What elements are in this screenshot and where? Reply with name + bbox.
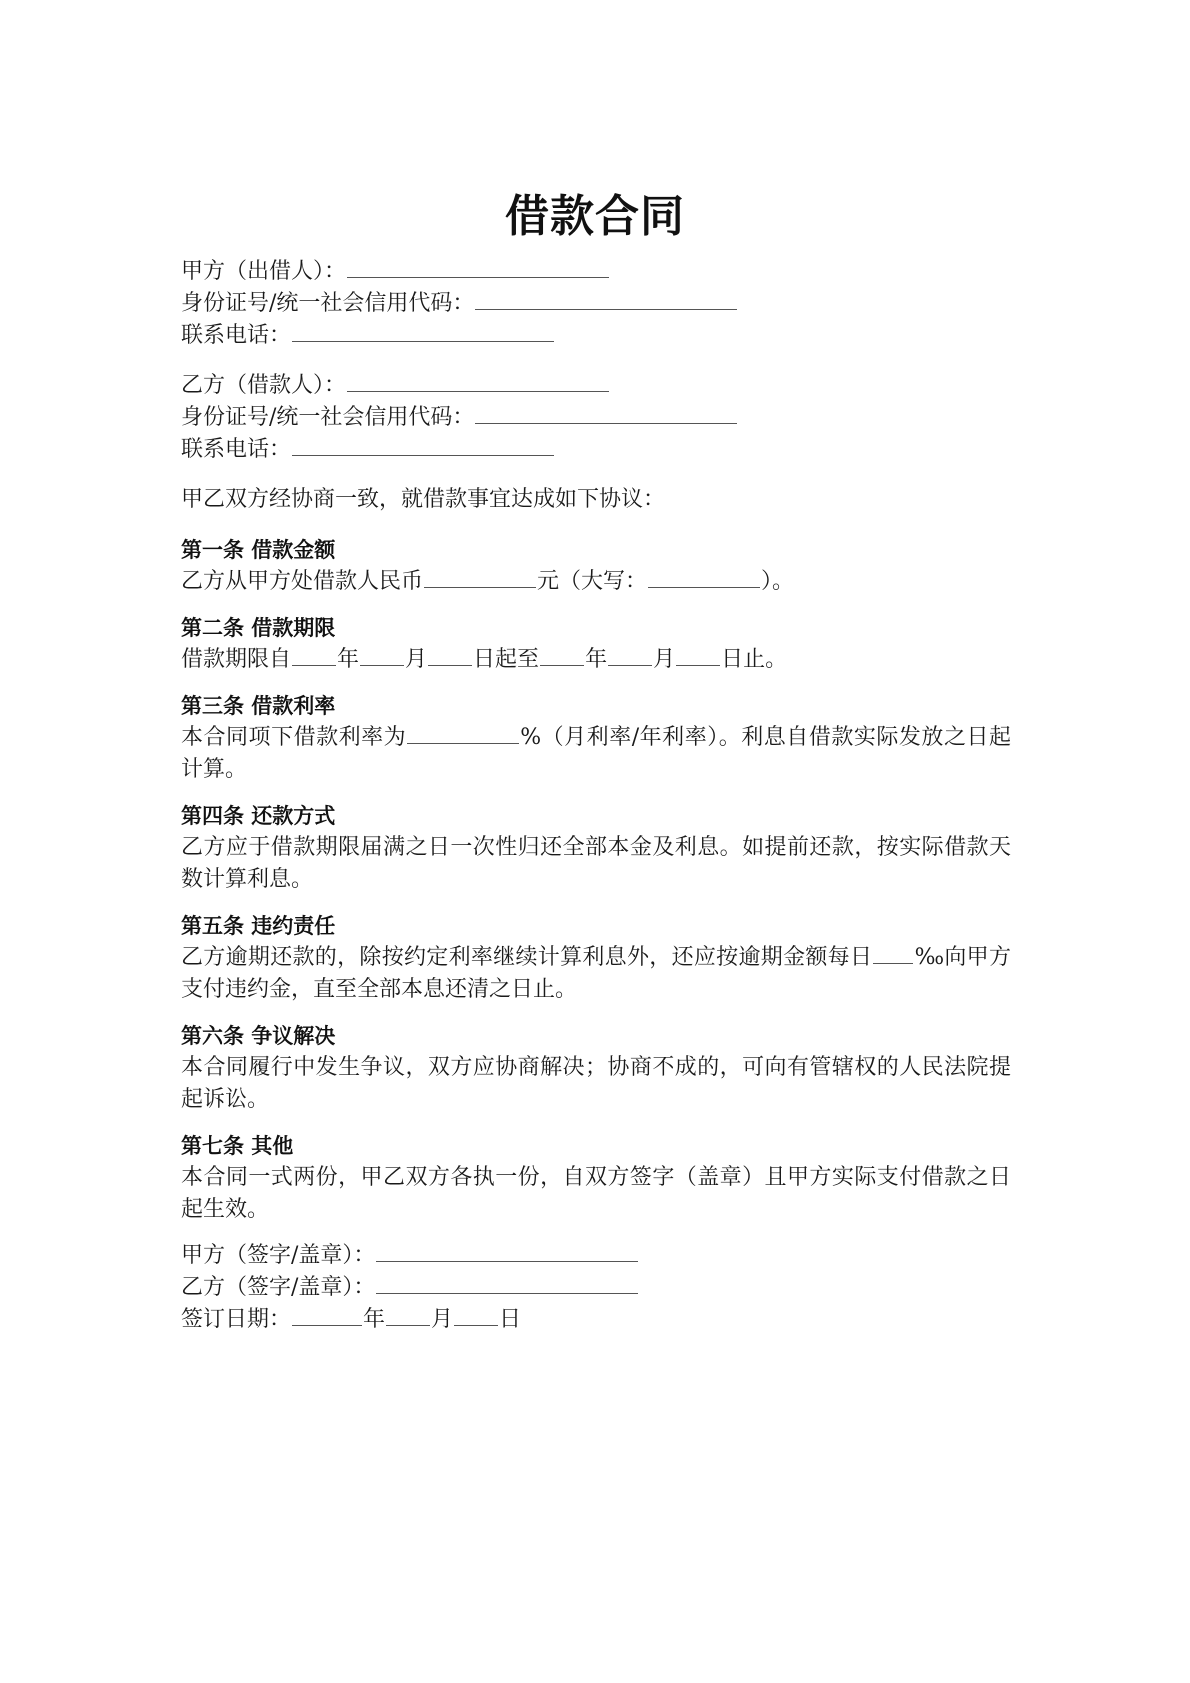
article-5-heading: 第五条 违约责任 [181, 910, 1011, 942]
month-label: 月 [431, 1307, 453, 1332]
article-2-text-part: 年 [337, 647, 359, 672]
party-b-phone-line: 联系电话： [181, 434, 1011, 466]
article-2-text: 借款期限自年月日起至年月日止。 [181, 644, 1011, 676]
article-3-heading: 第三条 借款利率 [181, 690, 1011, 722]
article-3-text-part: 本合同项下借款利率为 [181, 725, 406, 750]
article-2-heading: 第二条 借款期限 [181, 612, 1011, 644]
party-b-id-blank[interactable] [475, 403, 737, 424]
party-b-block: 乙方（借款人）： 身份证号/统一社会信用代码： 联系电话： [181, 370, 1011, 466]
party-a-signature-blank[interactable] [376, 1241, 638, 1262]
article-1-text-part: ）。 [761, 569, 794, 594]
day-label: 日 [499, 1307, 521, 1332]
party-a-signature-label: 甲方（签字/盖章）： [181, 1243, 375, 1268]
article-2-text-part: 日起至 [473, 647, 539, 672]
party-a-name-line: 甲方（出借人）： [181, 256, 1011, 288]
year-label: 年 [363, 1307, 385, 1332]
party-b-signature-blank[interactable] [376, 1273, 638, 1294]
party-b-signature-line: 乙方（签字/盖章）： [181, 1272, 1011, 1304]
party-a-phone-line: 联系电话： [181, 320, 1011, 352]
article-2-text-part: 借款期限自 [181, 647, 291, 672]
party-b-phone-blank[interactable] [292, 435, 554, 456]
party-a-id-blank[interactable] [475, 289, 737, 310]
party-a-name-blank[interactable] [347, 257, 609, 278]
article-3: 第三条 借款利率 本合同项下借款利率为%（月利率/年利率）。利息自借款实际发放之… [181, 690, 1011, 786]
start-day-blank[interactable] [428, 645, 472, 666]
article-1-text: 乙方从甲方处借款人民币元（大写：）。 [181, 566, 1011, 598]
contract-body: 甲方（出借人）： 身份证号/统一社会信用代码： 联系电话： 乙方（借款人）： 身… [181, 256, 1011, 1336]
article-2-text-part: 月 [653, 647, 675, 672]
party-a-label: 甲方（出借人）： [181, 259, 346, 284]
article-1-text-part: 元（大写： [537, 569, 647, 594]
article-4-text: 乙方应于借款期限届满之日一次性归还全部本金及利息。如提前还款，按实际借款天数计算… [181, 832, 1011, 896]
article-6: 第六条 争议解决 本合同履行中发生争议，双方应协商解决；协商不成的，可向有管辖权… [181, 1020, 1011, 1116]
article-6-heading: 第六条 争议解决 [181, 1020, 1011, 1052]
article-7-text: 本合同一式两份，甲乙双方各执一份，自双方签字（盖章）且甲方实际支付借款之日起生效… [181, 1162, 1011, 1226]
sign-date-line: 签订日期：年月日 [181, 1304, 1011, 1336]
party-b-id-label: 身份证号/统一社会信用代码： [181, 405, 474, 430]
article-1-heading: 第一条 借款金额 [181, 534, 1011, 566]
article-2-text-part: 月 [405, 647, 427, 672]
party-a-block: 甲方（出借人）： 身份证号/统一社会信用代码： 联系电话： [181, 256, 1011, 352]
party-b-id-line: 身份证号/统一社会信用代码： [181, 402, 1011, 434]
article-5-text: 乙方逾期还款的，除按约定利率继续计算利息外，还应按逾期金额每日‰向甲方支付违约金… [181, 942, 1011, 1006]
article-2-text-part: 日止。 [721, 647, 787, 672]
article-1: 第一条 借款金额 乙方从甲方处借款人民币元（大写：）。 [181, 534, 1011, 598]
article-2-text-part: 年 [585, 647, 607, 672]
intro-text: 甲乙双方经协商一致，就借款事宜达成如下协议： [181, 484, 1011, 516]
article-2: 第二条 借款期限 借款期限自年月日起至年月日止。 [181, 612, 1011, 676]
end-year-blank[interactable] [540, 645, 584, 666]
sign-day-blank[interactable] [454, 1305, 498, 1326]
party-b-name-line: 乙方（借款人）： [181, 370, 1011, 402]
sign-month-blank[interactable] [386, 1305, 430, 1326]
loan-amount-blank[interactable] [424, 567, 536, 588]
article-5: 第五条 违约责任 乙方逾期还款的，除按约定利率继续计算利息外，还应按逾期金额每日… [181, 910, 1011, 1006]
end-month-blank[interactable] [608, 645, 652, 666]
party-a-phone-label: 联系电话： [181, 323, 291, 348]
interest-rate-blank[interactable] [407, 723, 519, 744]
start-month-blank[interactable] [360, 645, 404, 666]
party-a-phone-blank[interactable] [292, 321, 554, 342]
article-5-text-part: 乙方逾期还款的，除按约定利率继续计算利息外，还应按逾期金额每日 [181, 945, 872, 970]
article-3-text: 本合同项下借款利率为%（月利率/年利率）。利息自借款实际发放之日起计算。 [181, 722, 1011, 786]
party-a-id-line: 身份证号/统一社会信用代码： [181, 288, 1011, 320]
article-7-heading: 第七条 其他 [181, 1130, 1011, 1162]
signature-block: 甲方（签字/盖章）： 乙方（签字/盖章）： 签订日期：年月日 [181, 1240, 1011, 1336]
party-a-id-label: 身份证号/统一社会信用代码： [181, 291, 474, 316]
document-title: 借款合同 [0, 180, 1190, 244]
article-4-heading: 第四条 还款方式 [181, 800, 1011, 832]
end-day-blank[interactable] [676, 645, 720, 666]
party-b-name-blank[interactable] [347, 371, 609, 392]
loan-amount-words-blank[interactable] [648, 567, 760, 588]
sign-date-label: 签订日期： [181, 1307, 291, 1332]
party-b-label: 乙方（借款人）： [181, 373, 346, 398]
article-6-text: 本合同履行中发生争议，双方应协商解决；协商不成的，可向有管辖权的人民法院提起诉讼… [181, 1052, 1011, 1116]
article-4: 第四条 还款方式 乙方应于借款期限届满之日一次性归还全部本金及利息。如提前还款，… [181, 800, 1011, 896]
start-year-blank[interactable] [292, 645, 336, 666]
contract-page: 借款合同 甲方（出借人）： 身份证号/统一社会信用代码： 联系电话： 乙方（借款… [0, 0, 1190, 1683]
party-b-phone-label: 联系电话： [181, 437, 291, 462]
party-b-signature-label: 乙方（签字/盖章）： [181, 1275, 375, 1300]
article-7: 第七条 其他 本合同一式两份，甲乙双方各执一份，自双方签字（盖章）且甲方实际支付… [181, 1130, 1011, 1226]
sign-year-blank[interactable] [292, 1305, 362, 1326]
article-1-text-part: 乙方从甲方处借款人民币 [181, 569, 423, 594]
penalty-rate-blank[interactable] [873, 943, 913, 964]
party-a-signature-line: 甲方（签字/盖章）： [181, 1240, 1011, 1272]
